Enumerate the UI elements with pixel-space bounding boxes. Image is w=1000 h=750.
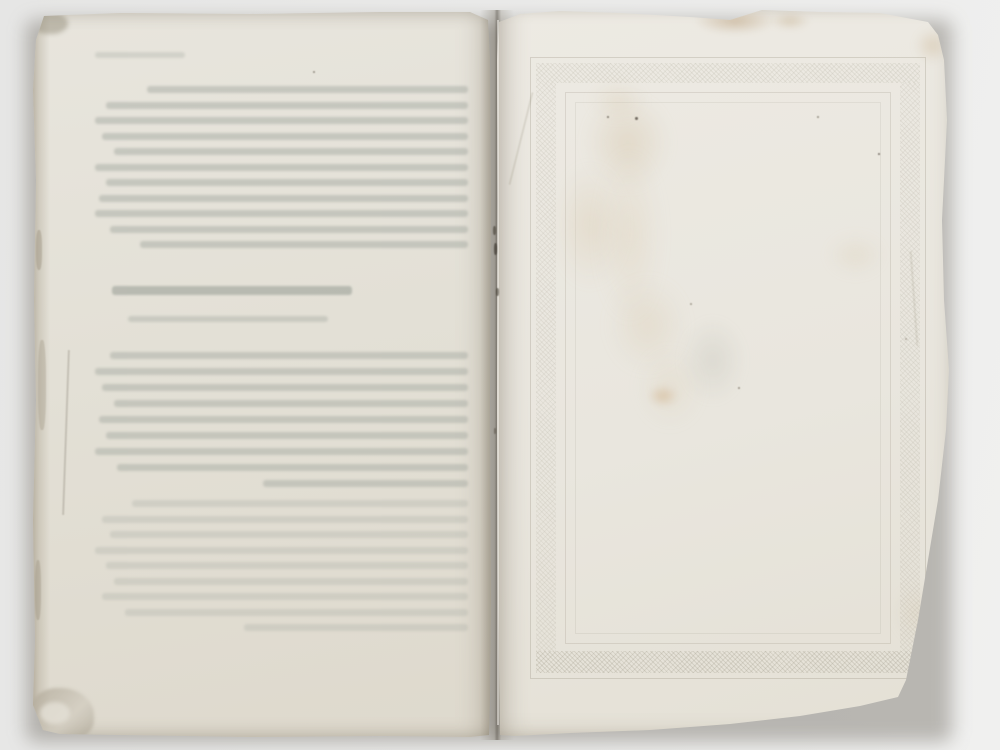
- stain: [915, 28, 950, 63]
- showthrough-line: [95, 52, 185, 58]
- showthrough-line: [106, 562, 468, 569]
- showthrough-line: [95, 117, 468, 124]
- stain: [640, 350, 700, 425]
- left-page-showthrough: [30, 12, 492, 740]
- showthrough-line: [99, 416, 468, 423]
- left-page-top-corner-fold: [34, 12, 68, 34]
- stain: [590, 80, 645, 120]
- embossed-frame-inner-rule-2: [575, 102, 881, 634]
- showthrough-line: [110, 352, 468, 359]
- speck: [494, 428, 496, 434]
- photo-stage: [0, 0, 1000, 750]
- showthrough-line: [95, 448, 468, 455]
- showthrough-line: [95, 368, 468, 375]
- showthrough-line: [117, 464, 468, 471]
- left-page-bottom-corner-crumple: [30, 688, 94, 740]
- showthrough-line: [110, 531, 468, 538]
- right-page-stain-layer: [495, 6, 955, 740]
- speck: [494, 243, 497, 255]
- stain: [770, 12, 810, 30]
- stain: [895, 585, 940, 640]
- showthrough-line: [132, 500, 468, 507]
- showthrough-line: [114, 578, 468, 585]
- embossed-frame-band-left: [536, 83, 556, 651]
- right-page-wrinkle: [509, 92, 533, 185]
- left-page-vertical-crease: [62, 350, 70, 515]
- stain: [648, 385, 678, 407]
- showthrough-line: [95, 547, 468, 554]
- embossed-frame-band-top: [536, 63, 920, 83]
- embossed-frame-inner-rule: [565, 92, 891, 644]
- embossed-frame-band-right: [900, 83, 920, 651]
- stain: [695, 8, 775, 34]
- stain: [585, 95, 670, 190]
- showthrough-line: [128, 316, 328, 322]
- stain: [828, 235, 883, 275]
- showthrough-line: [102, 516, 468, 523]
- showthrough-line: [114, 400, 468, 407]
- showthrough-line: [99, 195, 468, 202]
- showthrough-line: [102, 384, 468, 391]
- showthrough-line: [263, 480, 468, 487]
- embossed-frame-band-bottom: [536, 651, 920, 673]
- showthrough-line: [102, 593, 468, 600]
- showthrough-line: [125, 609, 468, 616]
- right-page-wrinkle: [910, 251, 918, 346]
- showthrough-line: [95, 164, 468, 171]
- showthrough-line: [106, 102, 468, 109]
- embossed-frame-outer-rule: [530, 57, 926, 679]
- left-page: [30, 12, 492, 740]
- left-page-worn-fore-edge: [30, 12, 50, 740]
- stain: [600, 150, 660, 320]
- showthrough-line: [95, 210, 468, 217]
- showthrough-line: [147, 86, 468, 93]
- showthrough-line: [112, 286, 352, 295]
- stain: [610, 280, 685, 370]
- showthrough-line: [114, 148, 468, 155]
- showthrough-line: [110, 226, 468, 233]
- showthrough-line: [106, 179, 468, 186]
- showthrough-line: [244, 624, 468, 631]
- showthrough-line: [106, 432, 468, 439]
- left-page-bottom-corner-highlight: [40, 702, 70, 724]
- speck: [493, 226, 496, 235]
- stain: [555, 165, 625, 285]
- right-page: [495, 6, 955, 740]
- stain: [680, 318, 745, 403]
- showthrough-line: [140, 241, 468, 248]
- showthrough-line: [102, 133, 468, 140]
